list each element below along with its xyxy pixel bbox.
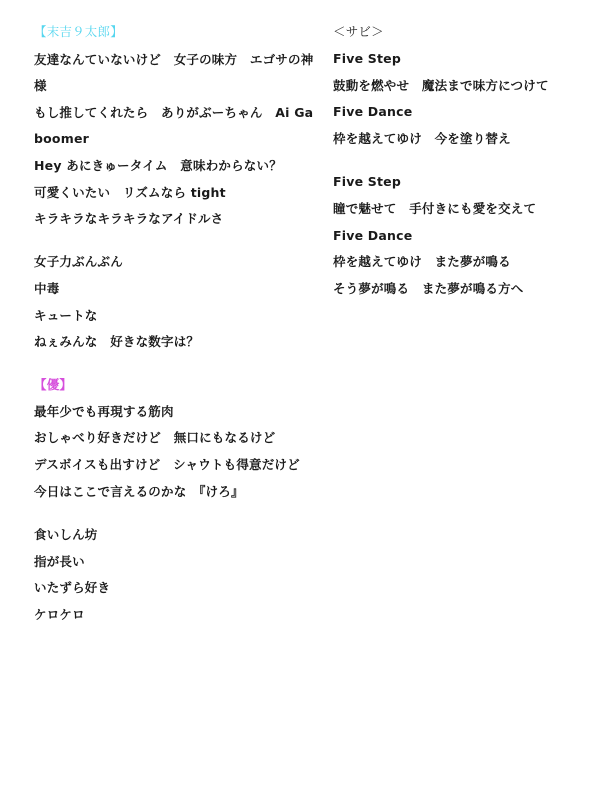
lyric-line: キラキラなキラキラなアイドルさ bbox=[34, 210, 223, 228]
lyric-line: 様 bbox=[34, 77, 47, 95]
lyric-line: キュートな bbox=[34, 307, 98, 325]
lyric-line: デスボイスも出すけど シャウトも得意だけど bbox=[34, 456, 300, 474]
lyric-line: 瞳で魅せて 手付きにも愛を交えて bbox=[333, 200, 536, 218]
lyric-line: boomer bbox=[34, 130, 89, 148]
lyric-line: 中毒 bbox=[34, 280, 59, 298]
lyric-line: 友達なんていないけど 女子の味方 エゴサの神 bbox=[34, 51, 313, 69]
lyric-line: もし推してくれたら ありがぶーちゃん Ai Ga bbox=[34, 104, 313, 122]
lyric-line: 鼓動を燃やせ 魔法まで味方につけて bbox=[333, 77, 549, 95]
lyric-line: Five Dance bbox=[333, 227, 412, 245]
lyric-line: そう夢が鳴る また夢が鳴る方へ bbox=[333, 280, 524, 298]
lyric-line: おしゃべり好きだけど 無口にもなるけど bbox=[34, 429, 275, 447]
lyric-line: ねぇみんな 好きな数字は？ bbox=[34, 333, 199, 351]
lyric-line: 枠を越えてゆけ 今を塗り替え bbox=[333, 130, 511, 148]
lyric-line: Five Step bbox=[333, 173, 401, 191]
lyric-line: 食いしん坊 bbox=[34, 526, 98, 544]
section-header-suekichi: 【末吉９太郎】 bbox=[34, 23, 123, 41]
section-header-chorus: ＜サビ＞ bbox=[333, 23, 384, 41]
lyric-line: 最年少でも再現する筋肉 bbox=[34, 403, 174, 421]
lyric-line: Hey あにきゅータイム 意味わからない？ bbox=[34, 157, 282, 175]
lyric-line: 可愛くいたい リズムなら tight bbox=[34, 184, 226, 202]
section-header-yu: 【優】 bbox=[34, 376, 72, 394]
lyrics-page: 【末吉９太郎】 友達なんていないけど 女子の味方 エゴサの神 様 もし推してくれ… bbox=[0, 0, 616, 800]
lyric-line: 女子力ぶんぶん bbox=[34, 253, 123, 271]
lyric-line: Five Step bbox=[333, 50, 401, 68]
lyric-line: 今日はここで言えるのかな 『けろ』 bbox=[34, 483, 244, 501]
lyric-line: Five Dance bbox=[333, 103, 412, 121]
lyric-line: 指が長い bbox=[34, 553, 85, 571]
lyric-line: 枠を越えてゆけ また夢が鳴る bbox=[333, 253, 511, 271]
lyric-line: ケロケロ bbox=[34, 606, 85, 624]
lyric-line: いたずら好き bbox=[34, 579, 110, 597]
